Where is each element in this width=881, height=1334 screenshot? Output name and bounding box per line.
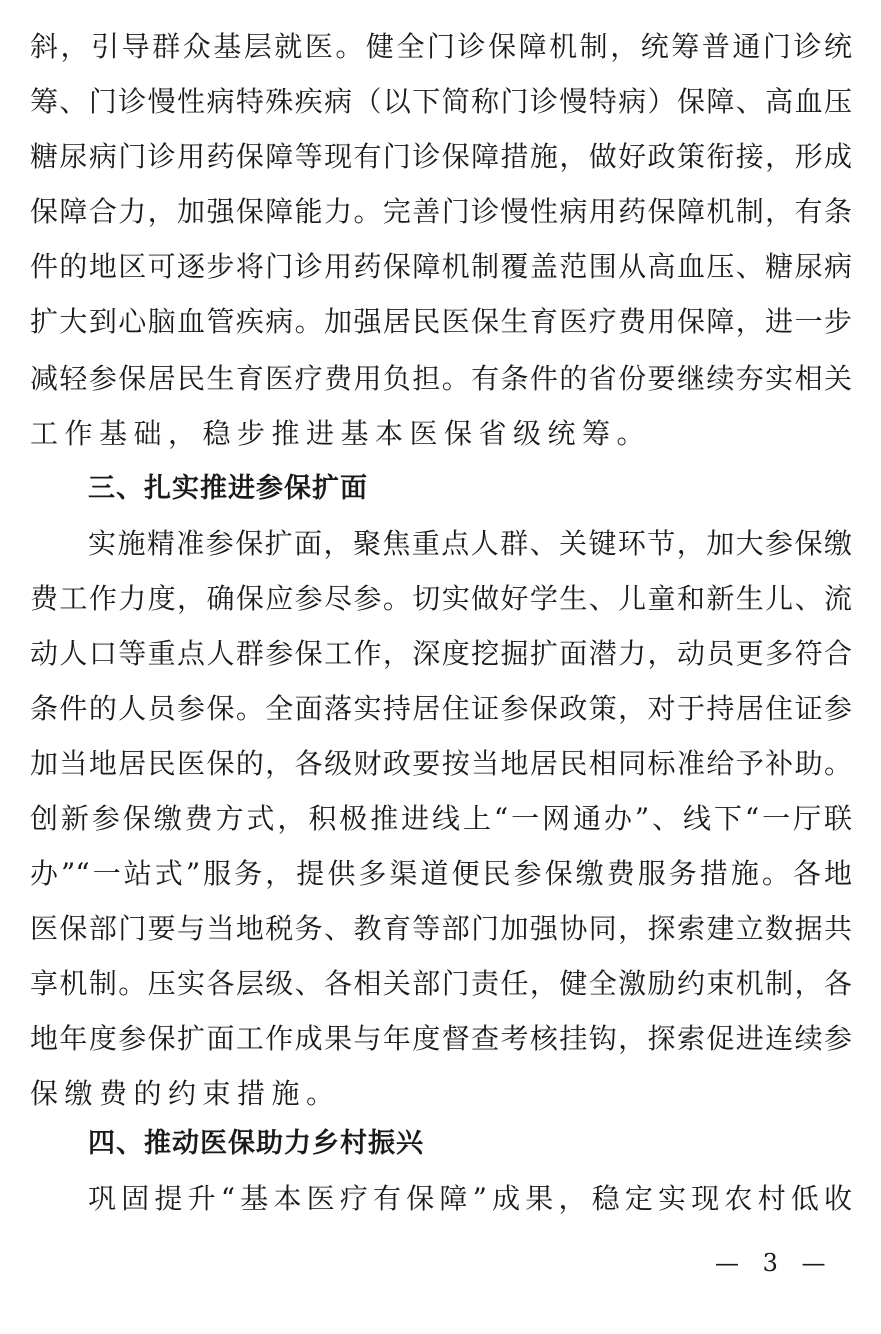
page-number: — 3 — (715, 1246, 834, 1280)
body-line-8: 工作基础，稳步推进基本医保省级统筹。 (30, 414, 852, 454)
body-line-3: 糖尿病门诊用药保障等现有门诊保障措施，做好政策衔接，形成 (30, 137, 852, 177)
section4-line-1: 巩固提升“基本医疗有保障”成果，稳定实现农村低收 (88, 1179, 852, 1219)
section3-line-11: 保缴费的约束措施。 (30, 1074, 852, 1114)
section3-line-10: 地年度参保扩面工作成果与年度督查考核挂钩，探索促进连续参 (30, 1019, 852, 1059)
body-line-2: 筹、门诊慢性病特殊疾病（以下简称门诊慢特病）保障、高血压 (30, 82, 852, 122)
body-line-1: 斜，引导群众基层就医。健全门诊保障机制，统筹普通门诊统 (30, 27, 852, 67)
section3-line-7: 办”“一站式”服务，提供多渠道便民参保缴费服务措施。各地 (30, 854, 852, 894)
section3-line-3: 动人口等重点人群参保工作，深度挖掘扩面潜力，动员更多符合 (30, 634, 852, 674)
body-line-7: 减轻参保居民生育医疗费用负担。有条件的省份要继续夯实相关 (30, 359, 852, 399)
body-line-5: 件的地区可逐步将门诊用药保障机制覆盖范围从高血压、糖尿病 (30, 247, 852, 287)
body-line-4: 保障合力，加强保障能力。完善门诊慢性病用药保障机制，有条 (30, 192, 852, 232)
document-page: 斜，引导群众基层就医。健全门诊保障机制，统筹普通门诊统 筹、门诊慢性病特殊疾病（… (0, 0, 881, 1334)
section-heading-4: 四、推动医保助力乡村振兴 (88, 1124, 424, 1164)
section-heading-3: 三、扎实推进参保扩面 (88, 469, 368, 509)
section3-line-8: 医保部门要与当地税务、教育等部门加强协同，探索建立数据共 (30, 909, 852, 949)
section3-line-1: 实施精准参保扩面，聚焦重点人群、关键环节，加大参保缴 (88, 524, 852, 564)
section3-line-5: 加当地居民医保的，各级财政要按当地居民相同标准给予补助。 (30, 744, 852, 784)
body-line-6: 扩大到心脑血管疾病。加强居民医保生育医疗费用保障，进一步 (30, 302, 852, 342)
section3-line-6: 创新参保缴费方式，积极推进线上“一网通办”、线下“一厅联 (30, 799, 852, 839)
section3-line-2: 费工作力度，确保应参尽参。切实做好学生、儿童和新生儿、流 (30, 579, 852, 619)
section3-line-9: 享机制。压实各层级、各相关部门责任，健全激励约束机制，各 (30, 964, 852, 1004)
section3-line-4: 条件的人员参保。全面落实持居住证参保政策，对于持居住证参 (30, 689, 852, 729)
